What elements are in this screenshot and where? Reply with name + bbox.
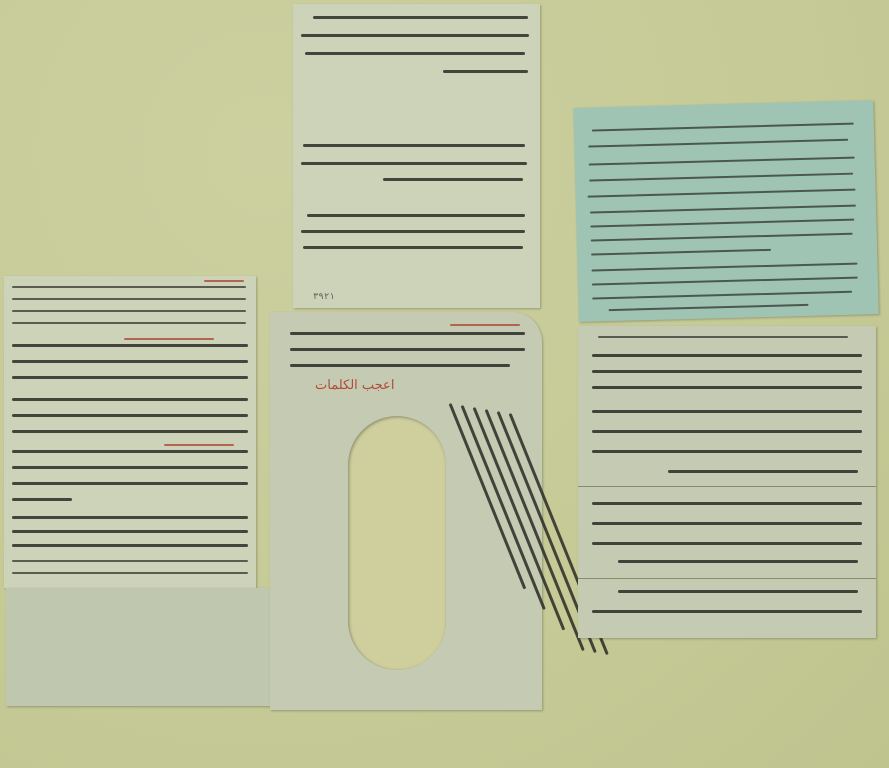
- script-line: [592, 610, 862, 613]
- script-line: [592, 123, 854, 132]
- script-line: [588, 189, 856, 198]
- script-line: [592, 354, 862, 357]
- script-line: [609, 304, 809, 311]
- script-line: [301, 34, 529, 37]
- script-line: [12, 544, 248, 547]
- red-overline: [450, 324, 520, 326]
- marginal-script-line: [461, 405, 546, 610]
- script-line: [592, 450, 862, 453]
- blank-panel-left: [6, 588, 272, 706]
- script-line: [590, 205, 856, 214]
- script-line: [598, 336, 848, 338]
- script-line: [668, 470, 858, 473]
- script-line: [618, 560, 858, 563]
- script-line: [12, 466, 248, 469]
- script-line: [592, 522, 862, 525]
- fragment-right-top: [573, 100, 878, 322]
- script-line: [12, 414, 248, 417]
- script-line: [443, 70, 528, 73]
- script-line: [12, 572, 248, 574]
- script-line: [12, 498, 72, 501]
- script-line: [303, 144, 525, 147]
- script-line: [12, 398, 248, 401]
- script-line: [12, 298, 246, 300]
- script-line: [12, 344, 248, 347]
- script-line: [589, 157, 855, 166]
- script-line: [588, 139, 848, 148]
- script-line: [12, 310, 246, 312]
- script-line: [305, 52, 525, 55]
- fragment-top-center: ٣٩٢١: [293, 4, 540, 308]
- script-line: [303, 246, 523, 249]
- script-line: [313, 16, 528, 19]
- script-line: [589, 173, 853, 182]
- red-overline: [204, 280, 244, 282]
- script-line: [592, 410, 862, 413]
- script-line: [301, 162, 527, 165]
- script-line: [290, 364, 510, 367]
- script-line: [12, 530, 248, 533]
- script-line: [12, 482, 248, 485]
- script-line: [12, 322, 246, 324]
- script-line: [12, 430, 248, 433]
- folio-number: ٣٩٢١: [313, 292, 335, 302]
- fragment-center-bottom: اعجب الكلمات: [270, 312, 542, 710]
- script-line: [591, 233, 853, 242]
- script-line: [592, 291, 852, 300]
- script-line: [12, 450, 248, 453]
- red-overline: [124, 338, 214, 340]
- script-line: [592, 502, 862, 505]
- oval-cutout: [348, 416, 446, 670]
- script-line: [592, 386, 862, 389]
- rubric-heading: اعجب الكلمات: [315, 378, 394, 393]
- script-line: [307, 214, 525, 217]
- script-line: [592, 370, 862, 373]
- red-overline: [164, 444, 234, 446]
- script-line: [12, 516, 248, 519]
- script-line: [383, 178, 523, 181]
- script-line: [591, 263, 857, 272]
- script-line: [301, 230, 525, 233]
- fold-line: [578, 486, 876, 487]
- script-line: [592, 277, 858, 286]
- script-line: [12, 286, 246, 288]
- script-line: [12, 360, 248, 363]
- script-line: [591, 249, 771, 256]
- script-line: [290, 332, 525, 335]
- script-line: [12, 560, 248, 562]
- fold-line: [578, 578, 876, 579]
- script-line: [618, 590, 858, 593]
- script-line: [592, 430, 862, 433]
- fragment-right-bottom: [578, 326, 876, 638]
- fragment-left: [4, 276, 256, 588]
- script-line: [290, 348, 525, 351]
- script-line: [592, 542, 862, 545]
- script-line: [12, 376, 248, 379]
- script-line: [590, 219, 854, 228]
